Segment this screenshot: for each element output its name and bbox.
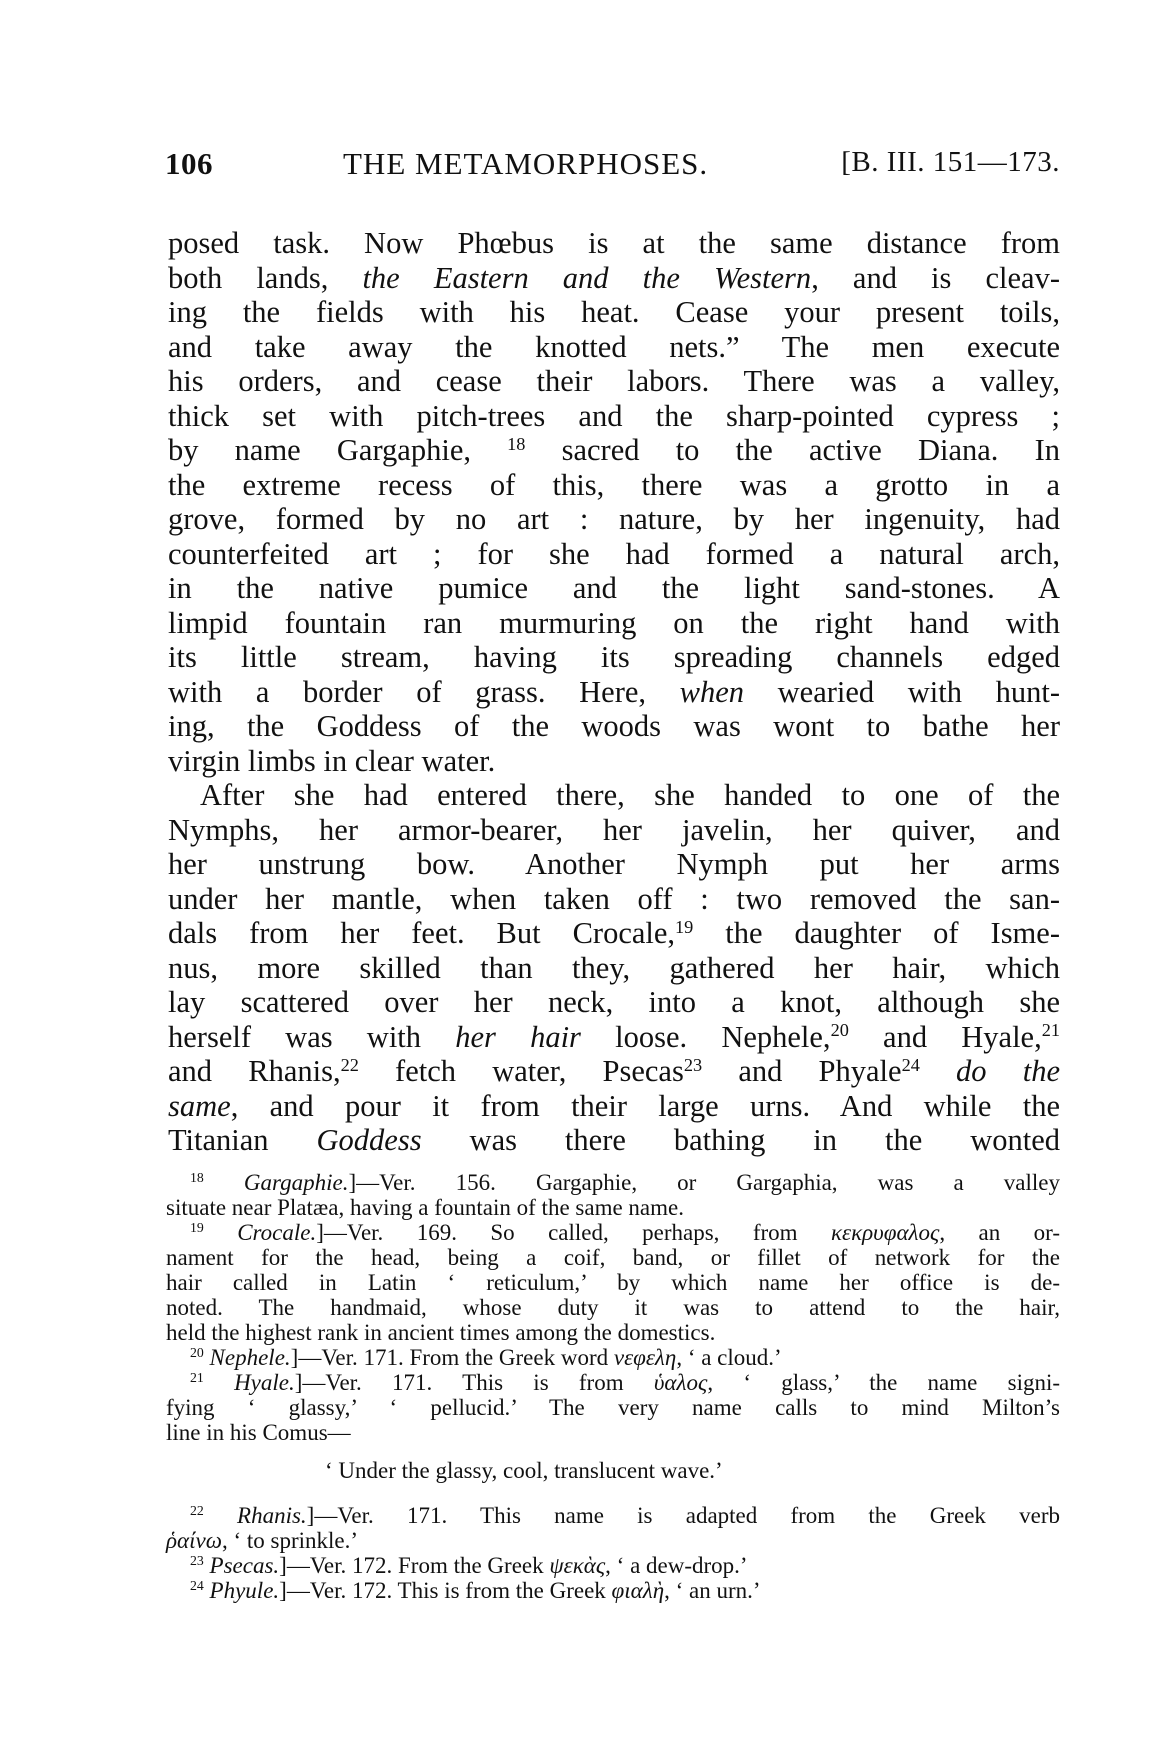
footnote-line: fying ‘ glassy,’ ‘ pellucid.’ The very n…	[166, 1395, 1060, 1420]
text-line: both lands, the Eastern and the Western,…	[168, 260, 1060, 297]
italic-text: her hair	[455, 1020, 581, 1054]
text-line: grove, formed by no art : nature, by her…	[168, 501, 1060, 538]
footnote-reference: 21	[1042, 1020, 1060, 1040]
text-line: limpid fountain ran murmuring on the rig…	[168, 605, 1060, 642]
italic-text: Hyale.	[234, 1370, 295, 1395]
text-line: counterfeited art ; for she had formed a…	[168, 536, 1060, 573]
footnote-line: nament for the head, being a coif, band,…	[166, 1245, 1060, 1270]
footnote-line: 21 Hyale.]—Ver. 171. This is from ὑαλος,…	[190, 1370, 1060, 1395]
text-line: and Rhanis,22 fetch water, Psecas23 and …	[168, 1053, 1060, 1090]
footnote-reference: 19	[675, 917, 693, 937]
footnote-line: 22 Rhanis.]—Ver. 171. This name is adapt…	[190, 1503, 1060, 1528]
italic-text: when	[680, 675, 744, 709]
text-line: his orders, and cease their labors. Ther…	[168, 363, 1060, 400]
italic-text: Rhanis.	[237, 1503, 307, 1528]
text-line: Nymphs, her armor-bearer, her javelin, h…	[168, 812, 1060, 849]
italic-text: Nephele.	[210, 1345, 291, 1370]
footnote-line: 23 Psecas.]—Ver. 172. From the Greek ψεκ…	[190, 1553, 1060, 1578]
footnote-reference: 22	[341, 1055, 359, 1075]
italic-text: ῥαίνω	[166, 1528, 222, 1553]
footnote-line: noted. The handmaid, whose duty it was t…	[166, 1295, 1060, 1320]
text-line: her unstrung bow. Another Nymph put her …	[168, 846, 1060, 883]
footnote-line: hair called in Latin ‘ reticulum,’ by wh…	[166, 1270, 1060, 1295]
text-line: posed task. Now Phœbus is at the same di…	[168, 225, 1060, 262]
italic-text: the Eastern and the Western	[362, 261, 811, 295]
text-line: in the native pumice and the light sand-…	[168, 570, 1060, 607]
footnote-line: ῥαίνω, ‘ to sprinkle.’	[166, 1528, 1060, 1553]
italic-text: ψεκὰς	[549, 1553, 605, 1578]
footnote-line: 24 Phyule.]—Ver. 172. This is from the G…	[190, 1578, 1060, 1603]
text-line: and take away the knotted nets.” The men…	[168, 329, 1060, 366]
italic-text: Phyule.	[210, 1578, 280, 1603]
footnote-line: line in his Comus—	[166, 1420, 1060, 1445]
text-line: virgin limbs in clear water.	[168, 743, 1060, 780]
book-page: 106 THE METAMORPHOSES. [B. III. 151—173.…	[0, 0, 1163, 1749]
text-line: the extreme recess of this, there was a …	[168, 467, 1060, 504]
italic-text: same	[168, 1089, 231, 1123]
text-line: thick set with pitch-trees and the sharp…	[168, 398, 1060, 435]
italic-text: Psecas.	[210, 1553, 280, 1578]
page-number: 106	[165, 146, 213, 182]
footnote-line: situate near Platæa, having a fountain o…	[166, 1195, 1060, 1220]
italic-text: Crocale.	[237, 1220, 316, 1245]
running-title: THE METAMORPHOSES.	[343, 146, 708, 182]
italic-text: do the	[956, 1054, 1060, 1088]
footnote-reference: 20	[831, 1020, 849, 1040]
italic-text: φιαλὴ	[612, 1578, 665, 1603]
text-line: lay scattered over her neck, into a knot…	[168, 984, 1060, 1021]
footnote-line: 20 Nephele.]—Ver. 171. From the Greek wo…	[190, 1345, 1060, 1370]
italic-text: ὑαλος	[654, 1370, 707, 1395]
footnote-reference: 21	[190, 1370, 204, 1385]
footnote-reference: 20	[190, 1345, 204, 1360]
text-line: nus, more skilled than they, gathered he…	[168, 950, 1060, 987]
footnote-reference: 19	[190, 1220, 204, 1235]
text-line: dals from her feet. But Crocale,19 the d…	[168, 915, 1060, 952]
footnote-reference: 23	[684, 1055, 702, 1075]
footnote-line: held the highest rank in ancient times a…	[166, 1320, 1060, 1345]
text-line: by name Gargaphie, 18 sacred to the acti…	[168, 432, 1060, 469]
text-line: ing the fields with his heat. Cease your…	[168, 294, 1060, 331]
section-reference: [B. III. 151—173.	[841, 146, 1060, 179]
footnote-line: 18 Gargaphie.]—Ver. 156. Gargaphie, or G…	[190, 1170, 1060, 1195]
text-line: After she had entered there, she handed …	[200, 777, 1060, 814]
footnote-reference: 22	[190, 1503, 204, 1518]
footnote-line: 19 Crocale.]—Ver. 169. So called, perhap…	[190, 1220, 1060, 1245]
text-line: Titanian Goddess was there bathing in th…	[168, 1122, 1060, 1159]
block-quote: ‘ Under the glassy, cool, translucent wa…	[325, 1458, 723, 1483]
footnote-reference: 24	[190, 1578, 204, 1593]
italic-text: κεκρυφαλος	[831, 1220, 939, 1245]
footnote-reference: 23	[190, 1553, 204, 1568]
footnote-reference: 18	[190, 1170, 204, 1185]
italic-text: Gargaphie.	[244, 1170, 349, 1195]
italic-text: νεφελη	[614, 1345, 676, 1370]
text-line: its little stream, having its spreading …	[168, 639, 1060, 676]
footnote-reference: 24	[902, 1055, 920, 1075]
text-line: same, and pour it from their large urns.…	[168, 1088, 1060, 1125]
text-line: with a border of grass. Here, when weari…	[168, 674, 1060, 711]
text-line: under her mantle, when taken off : two r…	[168, 881, 1060, 918]
text-line: ing, the Goddess of the woods was wont t…	[168, 708, 1060, 745]
italic-text: Goddess	[317, 1123, 422, 1157]
running-header: 106 THE METAMORPHOSES. [B. III. 151—173.	[165, 146, 1060, 186]
text-line: herself was with her hair loose. Nephele…	[168, 1019, 1060, 1056]
footnote-reference: 18	[507, 434, 525, 454]
